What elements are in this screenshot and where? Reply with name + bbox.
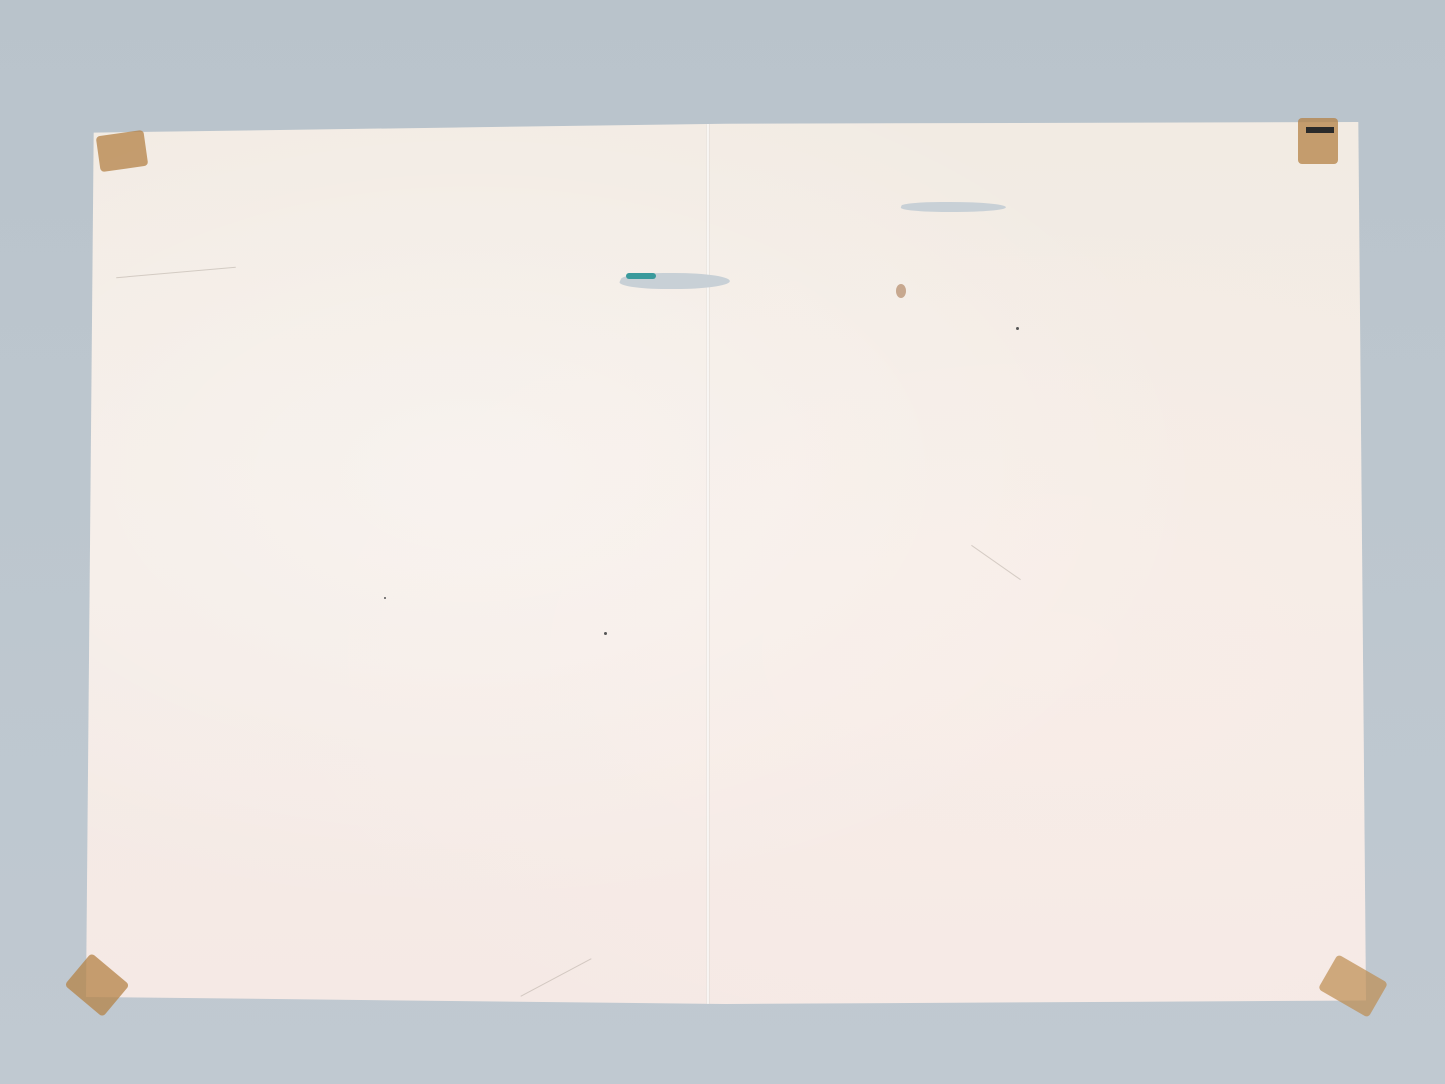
- center-fold-line: [706, 122, 710, 1004]
- paper-sheet: [86, 122, 1366, 1004]
- stain-spot: [896, 284, 906, 298]
- tear-right: [899, 202, 1008, 212]
- speck: [384, 597, 386, 599]
- tape-marker-line: [1306, 127, 1334, 133]
- speck: [1016, 327, 1019, 330]
- photo-scene: [0, 0, 1445, 1084]
- crease: [520, 958, 591, 996]
- crease: [971, 545, 1021, 580]
- teal-mark: [626, 273, 656, 279]
- crease: [116, 267, 236, 278]
- tape-top-left: [96, 130, 149, 172]
- tape-top-right: [1298, 118, 1338, 164]
- speck: [604, 632, 607, 635]
